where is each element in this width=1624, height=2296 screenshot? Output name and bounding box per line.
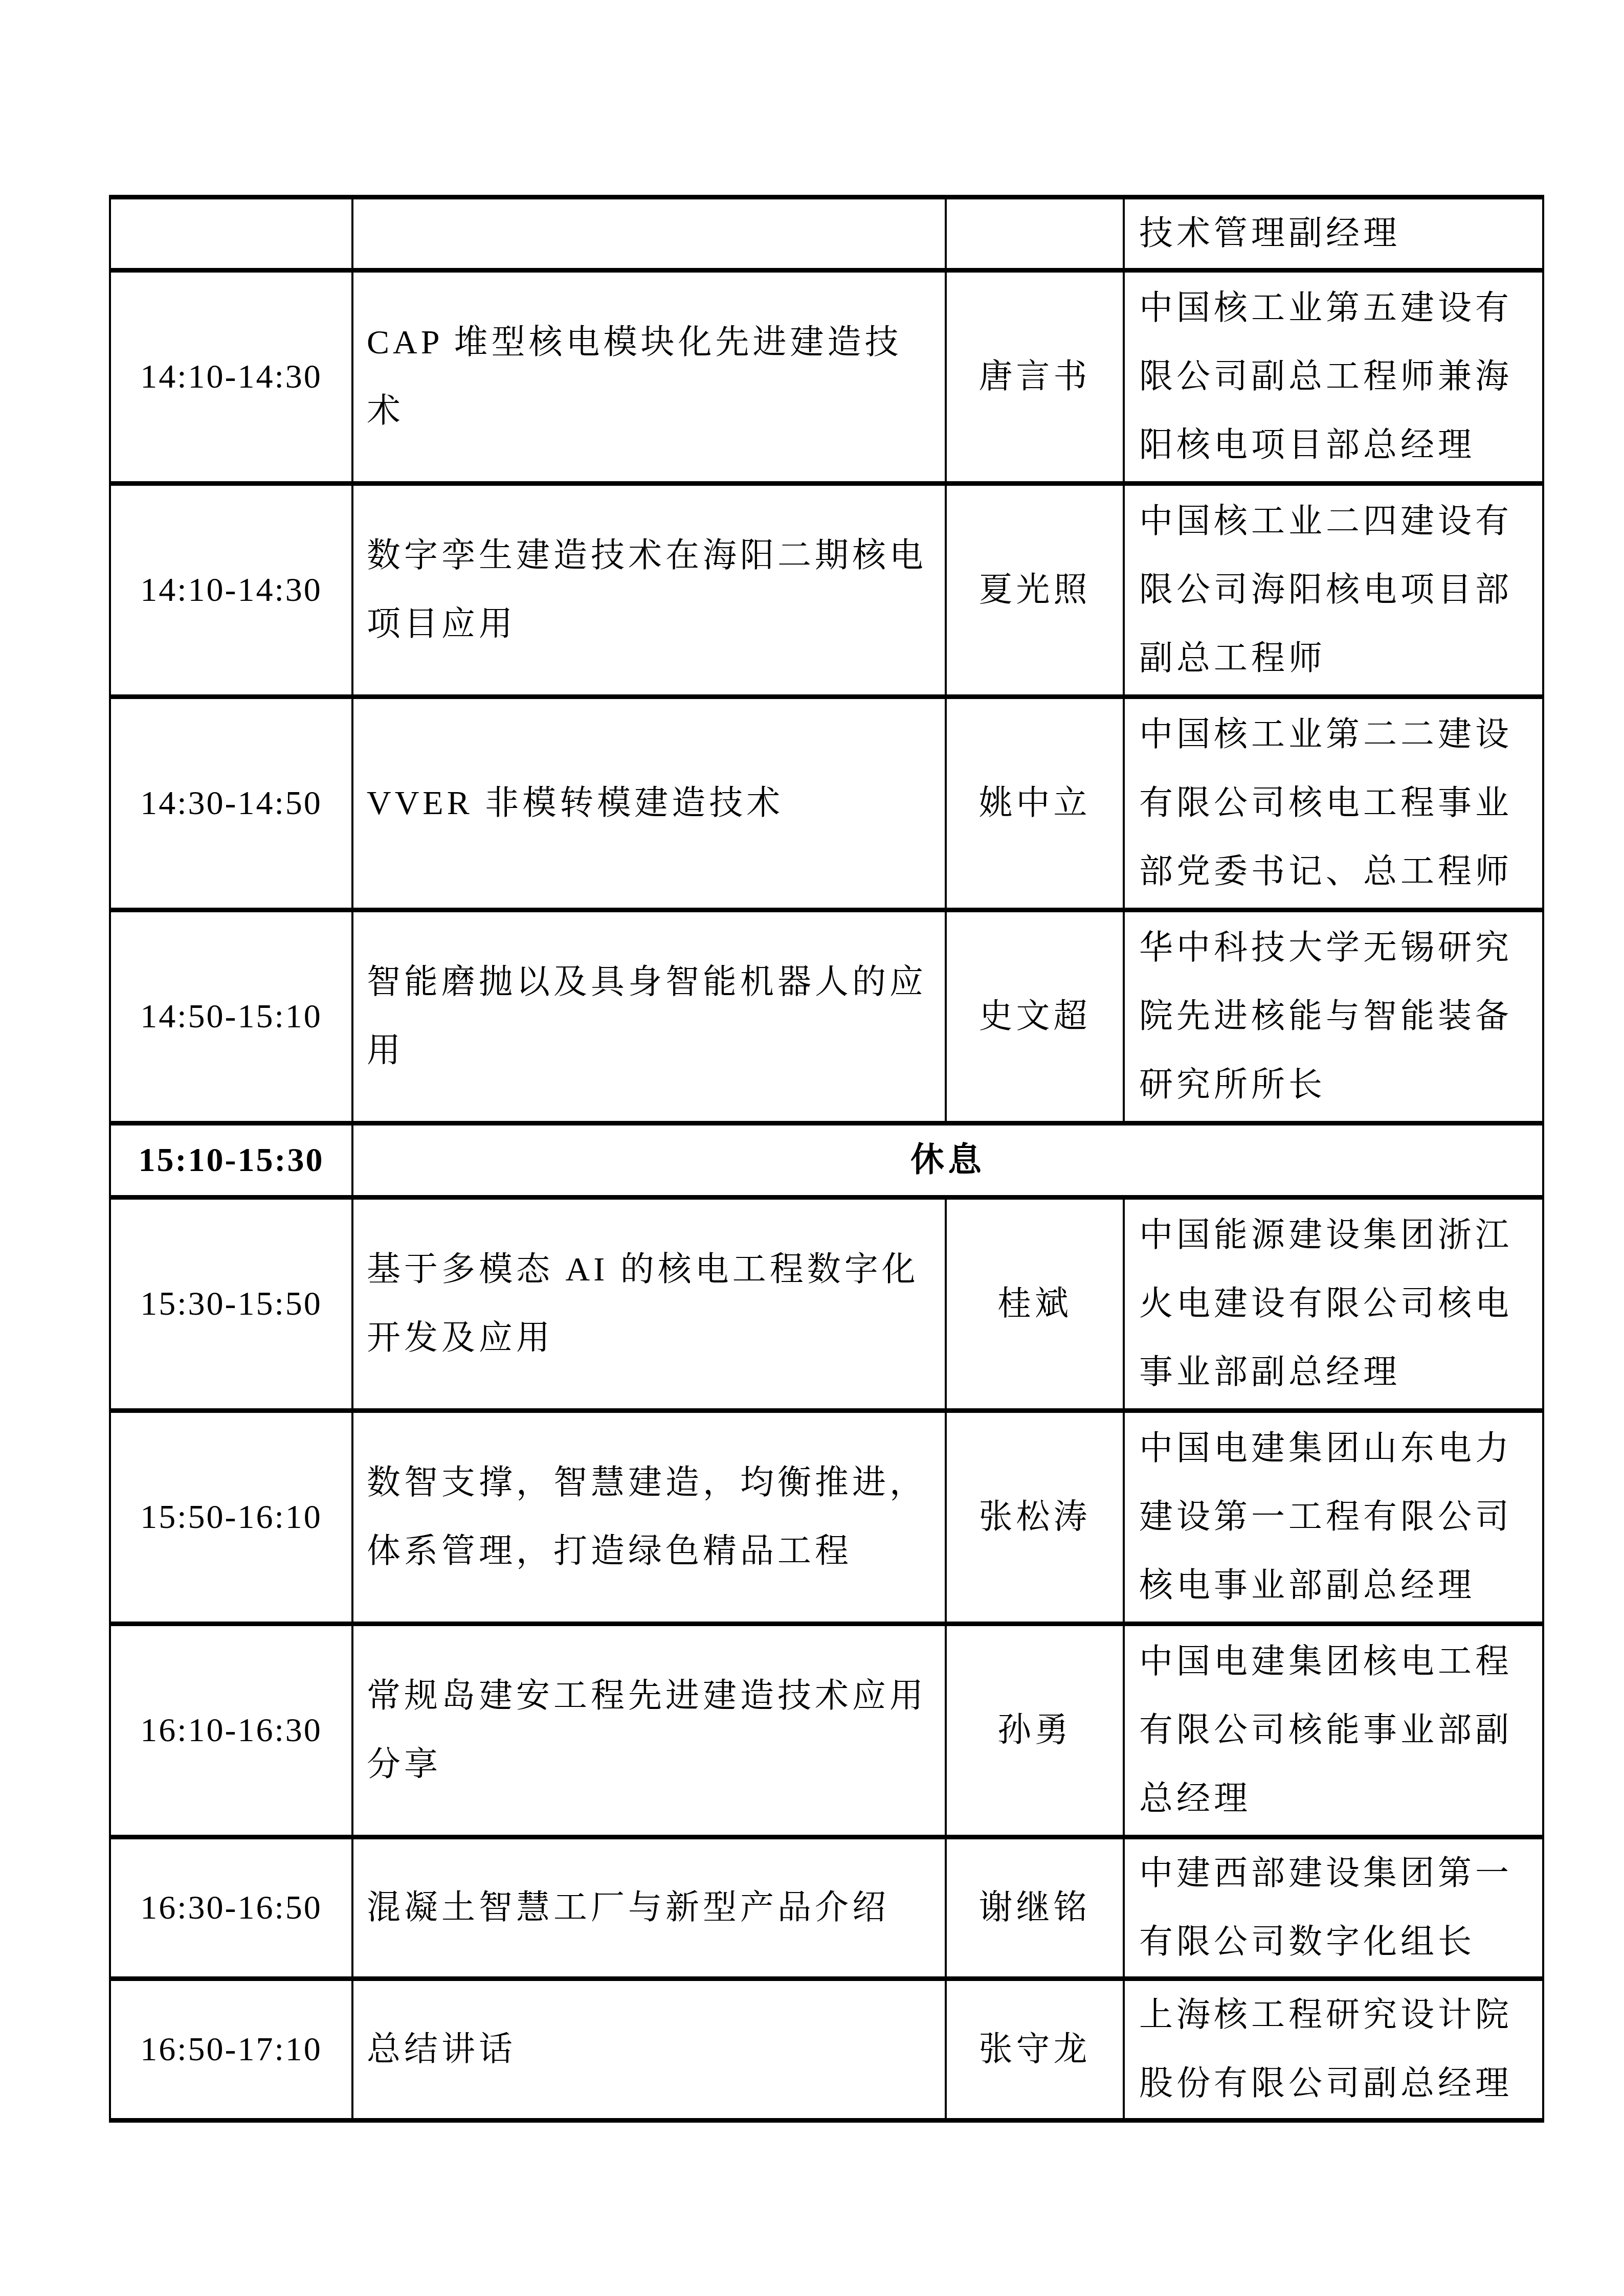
- speaker-cell: 谢继铭: [946, 1837, 1124, 1979]
- agenda-row-continuation: 技术管理副经理: [110, 197, 1543, 271]
- time-cell: 15:50-16:10: [110, 1411, 352, 1624]
- speaker-cell: 张守龙: [946, 1979, 1124, 2121]
- speaker-cell: 姚中立: [946, 697, 1124, 910]
- topic-cell: CAP 堆型核电模块化先进建造技术: [352, 271, 946, 484]
- speaker-cell: 唐言书: [946, 271, 1124, 484]
- topic-cell: 数字孪生建造技术在海阳二期核电项目应用: [352, 484, 946, 697]
- affiliation-cell: 中国核工业第五建设有限公司副总工程师兼海阳核电项目部总经理: [1124, 271, 1543, 484]
- agenda-row: 15:30-15:50 基于多模态 AI 的核电工程数字化开发及应用 桂斌 中国…: [110, 1198, 1543, 1411]
- topic-cell: 混凝土智慧工厂与新型产品介绍: [352, 1837, 946, 1979]
- affiliation-cell: 中国核工业第二二建设有限公司核电工程事业部党委书记、总工程师: [1124, 697, 1543, 910]
- affiliation-cell: 中国电建集团山东电力建设第一工程有限公司核电事业部副总经理: [1124, 1411, 1543, 1624]
- topic-cell: 数智支撑，智慧建造，均衡推进，体系管理，打造绿色精品工程: [352, 1411, 946, 1624]
- topic-cell: [352, 197, 946, 271]
- agenda-row: 16:50-17:10 总结讲话 张守龙 上海核工程研究设计院股份有限公司副总经…: [110, 1979, 1543, 2121]
- time-cell: [110, 197, 352, 271]
- agenda-table-container: 技术管理副经理 14:10-14:30 CAP 堆型核电模块化先进建造技术 唐言…: [109, 195, 1544, 2123]
- time-cell: 15:30-15:50: [110, 1198, 352, 1411]
- time-cell: 15:10-15:30: [110, 1123, 352, 1198]
- agenda-row: 14:10-14:30 数字孪生建造技术在海阳二期核电项目应用 夏光照 中国核工…: [110, 484, 1543, 697]
- topic-cell: 基于多模态 AI 的核电工程数字化开发及应用: [352, 1198, 946, 1411]
- time-cell: 14:10-14:30: [110, 271, 352, 484]
- agenda-row: 14:10-14:30 CAP 堆型核电模块化先进建造技术 唐言书 中国核工业第…: [110, 271, 1543, 484]
- time-cell: 14:10-14:30: [110, 484, 352, 697]
- affiliation-cell: 中建西部建设集团第一有限公司数字化组长: [1124, 1837, 1543, 1979]
- topic-cell: VVER 非模转模建造技术: [352, 697, 946, 910]
- affiliation-cell: 中国电建集团核电工程有限公司核能事业部副总经理: [1124, 1624, 1543, 1837]
- speaker-cell: 史文超: [946, 910, 1124, 1123]
- affiliation-cell: 中国能源建设集团浙江火电建设有限公司核电事业部副总经理: [1124, 1198, 1543, 1411]
- agenda-table: 技术管理副经理 14:10-14:30 CAP 堆型核电模块化先进建造技术 唐言…: [109, 195, 1544, 2123]
- agenda-row: 14:30-14:50 VVER 非模转模建造技术 姚中立 中国核工业第二二建设…: [110, 697, 1543, 910]
- topic-cell: 总结讲话: [352, 1979, 946, 2121]
- affiliation-cell: 中国核工业二四建设有限公司海阳核电项目部副总工程师: [1124, 484, 1543, 697]
- agenda-row: 14:50-15:10 智能磨抛以及具身智能机器人的应用 史文超 华中科技大学无…: [110, 910, 1543, 1123]
- topic-cell: 智能磨抛以及具身智能机器人的应用: [352, 910, 946, 1123]
- time-cell: 16:30-16:50: [110, 1837, 352, 1979]
- affiliation-cell: 华中科技大学无锡研究院先进核能与智能装备研究所所长: [1124, 910, 1543, 1123]
- affiliation-cell: 上海核工程研究设计院股份有限公司副总经理: [1124, 1979, 1543, 2121]
- agenda-row-break: 15:10-15:30 休息: [110, 1123, 1543, 1198]
- break-label-cell: 休息: [352, 1123, 1543, 1198]
- speaker-cell: 夏光照: [946, 484, 1124, 697]
- speaker-cell: 孙勇: [946, 1624, 1124, 1837]
- affiliation-cell: 技术管理副经理: [1124, 197, 1543, 271]
- time-cell: 14:30-14:50: [110, 697, 352, 910]
- speaker-cell: 桂斌: [946, 1198, 1124, 1411]
- agenda-row: 15:50-16:10 数智支撑，智慧建造，均衡推进，体系管理，打造绿色精品工程…: [110, 1411, 1543, 1624]
- time-cell: 14:50-15:10: [110, 910, 352, 1123]
- time-cell: 16:50-17:10: [110, 1979, 352, 2121]
- topic-cell: 常规岛建安工程先进建造技术应用分享: [352, 1624, 946, 1837]
- speaker-cell: 张松涛: [946, 1411, 1124, 1624]
- time-cell: 16:10-16:30: [110, 1624, 352, 1837]
- speaker-cell: [946, 197, 1124, 271]
- agenda-row: 16:30-16:50 混凝土智慧工厂与新型产品介绍 谢继铭 中建西部建设集团第…: [110, 1837, 1543, 1979]
- agenda-row: 16:10-16:30 常规岛建安工程先进建造技术应用分享 孙勇 中国电建集团核…: [110, 1624, 1543, 1837]
